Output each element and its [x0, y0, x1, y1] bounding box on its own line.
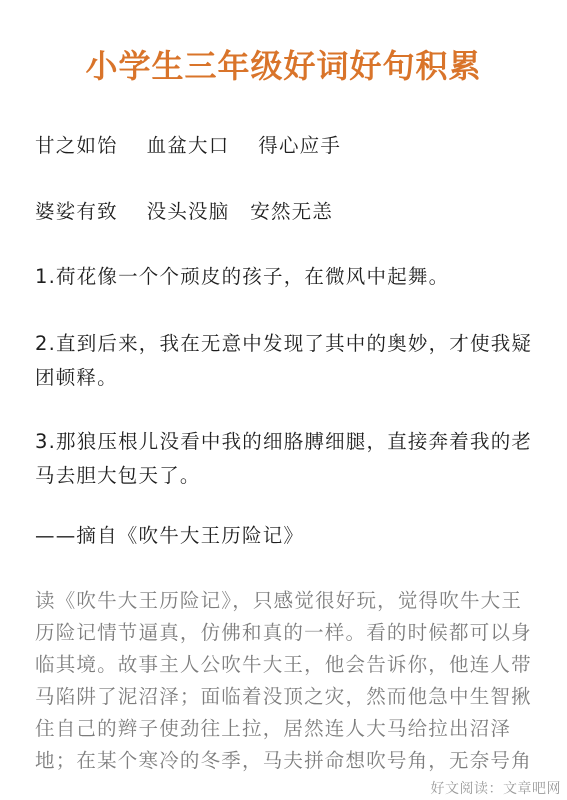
word-item: 得心应手	[258, 129, 341, 163]
sentence-line: 2.直到后来，我在无意中发现了其中的奥妙，才使我疑	[35, 327, 535, 361]
paragraph-line: 马陷阱了泥沼泽；面临着没顶之灾，然而他急中生智揪	[35, 681, 535, 713]
sentence-line: 马去胆大包天了。	[35, 459, 535, 493]
sentence-line: 1.荷花像一个个顽皮的孩子，在微风中起舞。	[35, 260, 535, 294]
sentence-3: 3.那狼压根儿没看中我的细胳膊细腿，直接奔着我的老 马去胆大包天了。	[35, 425, 535, 493]
paragraph-line: 临其境。故事主人公吹牛大王，他会告诉你，他连人带	[35, 649, 535, 681]
word-item: 婆娑有致	[35, 195, 118, 229]
paragraph-line: 读《吹牛大王历险记》，只感觉很好玩，觉得吹牛大王	[35, 585, 535, 617]
reflection-paragraph: 读《吹牛大王历险记》，只感觉很好玩，觉得吹牛大王 历险记情节逼真，仿佛和真的一样…	[35, 585, 535, 777]
sentence-2: 2.直到后来，我在无意中发现了其中的奥妙，才使我疑 团顿释。	[35, 327, 535, 395]
paragraph-line: 历险记情节逼真，仿佛和真的一样。看的时候都可以身	[35, 617, 535, 649]
word-row-2: 婆娑有致 没头没脑 安然无恙	[35, 195, 535, 229]
source-citation: ——摘自《吹牛大王历险记》	[35, 519, 535, 553]
paragraph-line: 住自己的辫子使劲往上拉，居然连人大马给拉出沼泽	[35, 713, 535, 745]
watermark: 好文阅读：文章吧网	[431, 779, 562, 799]
word-item: 甘之如饴	[35, 129, 118, 163]
word-item: 没头没脑	[147, 195, 230, 229]
sentence-line: 团顿释。	[35, 361, 535, 395]
word-item: 血盆大口	[147, 129, 230, 163]
word-row-1: 甘之如饴 血盆大口 得心应手	[35, 129, 535, 163]
page-title: 小学生三年级好词好句积累	[0, 46, 567, 86]
sentence-line: 3.那狼压根儿没看中我的细胳膊细腿，直接奔着我的老	[35, 425, 535, 459]
sentence-1: 1.荷花像一个个顽皮的孩子，在微风中起舞。	[35, 260, 535, 294]
paragraph-line: 地；在某个寒冷的冬季，马夫拼命想吹号角，无奈号角	[35, 745, 535, 777]
word-item: 安然无恙	[250, 195, 333, 229]
